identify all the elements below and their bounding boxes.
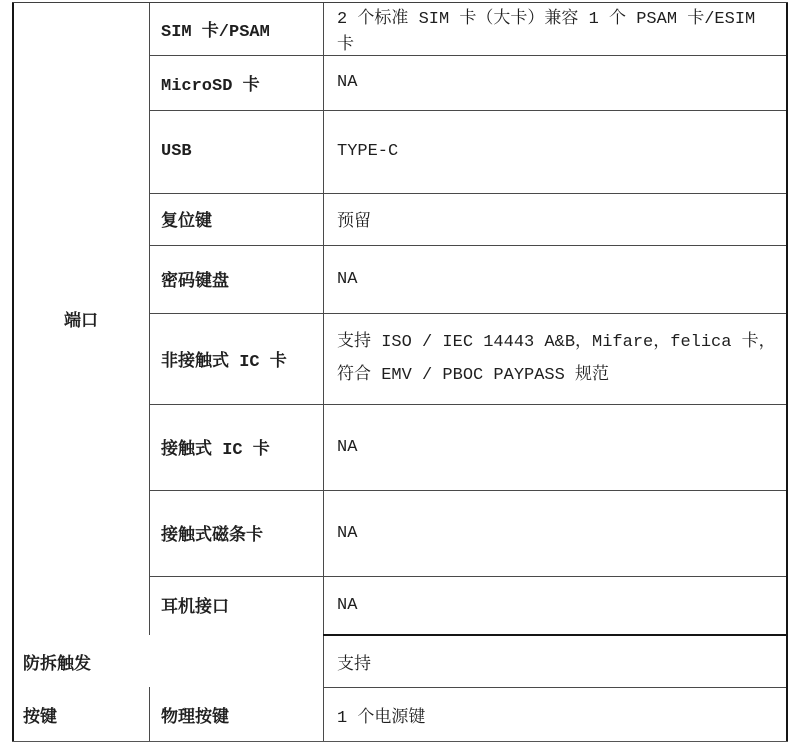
spec-row-value-usb: TYPE-C — [324, 110, 785, 193]
spec-row-label-physical-keys: 物理按键 — [150, 688, 323, 741]
spec-row-label-contact-ic: 接触式 IC 卡 — [150, 404, 323, 490]
spec-row-label-pin-pad: 密码键盘 — [150, 245, 323, 313]
spec-row-label-sim-psam: SIM 卡/PSAM — [150, 3, 323, 55]
spec-row-label-magstripe: 接触式磁条卡 — [150, 490, 323, 576]
spec-row-label-microsd: MicroSD 卡 — [150, 55, 323, 110]
spec-row-value-reset-key: 预留 — [324, 193, 785, 245]
spec-row-value-contactless-ic: 支持 ISO / IEC 14443 A&B，Mifare，felica 卡，符… — [324, 313, 785, 404]
spec-row-value-magstripe: NA — [324, 490, 785, 576]
spec-row-value-contact-ic: NA — [324, 404, 785, 490]
group-cell-keys: 按键 — [13, 688, 149, 741]
spec-row-label-usb: USB — [150, 110, 323, 193]
spec-row-value-sim-psam: 2 个标准 SIM 卡（大卡）兼容 1 个 PSAM 卡/ESIM 卡 — [324, 3, 785, 55]
spec-row-value-physical-keys: 1 个电源键 — [324, 688, 785, 741]
table-outer-border-right — [786, 2, 788, 742]
table-outer-border-bottom — [12, 741, 788, 742]
spec-row-value-tamper: 支持 — [324, 636, 785, 687]
spec-row-label-contactless-ic: 非接触式 IC 卡 — [150, 313, 323, 404]
spec-row-value-microsd: NA — [324, 55, 785, 110]
spec-row-label-headphone-jack: 耳机接口 — [150, 576, 323, 634]
group-cell-port: 端口 — [13, 3, 149, 635]
group-cell-tamper: 防拆触发 — [13, 636, 323, 687]
spec-row-label-reset-key: 复位键 — [150, 193, 323, 245]
spec-row-value-headphone-jack: NA — [324, 576, 785, 634]
spec-document-page: 端口 防拆触发 按键 SIM 卡/PSAM MicroSD 卡 USB 复位键 … — [0, 0, 800, 744]
spec-row-value-pin-pad: NA — [324, 245, 785, 313]
